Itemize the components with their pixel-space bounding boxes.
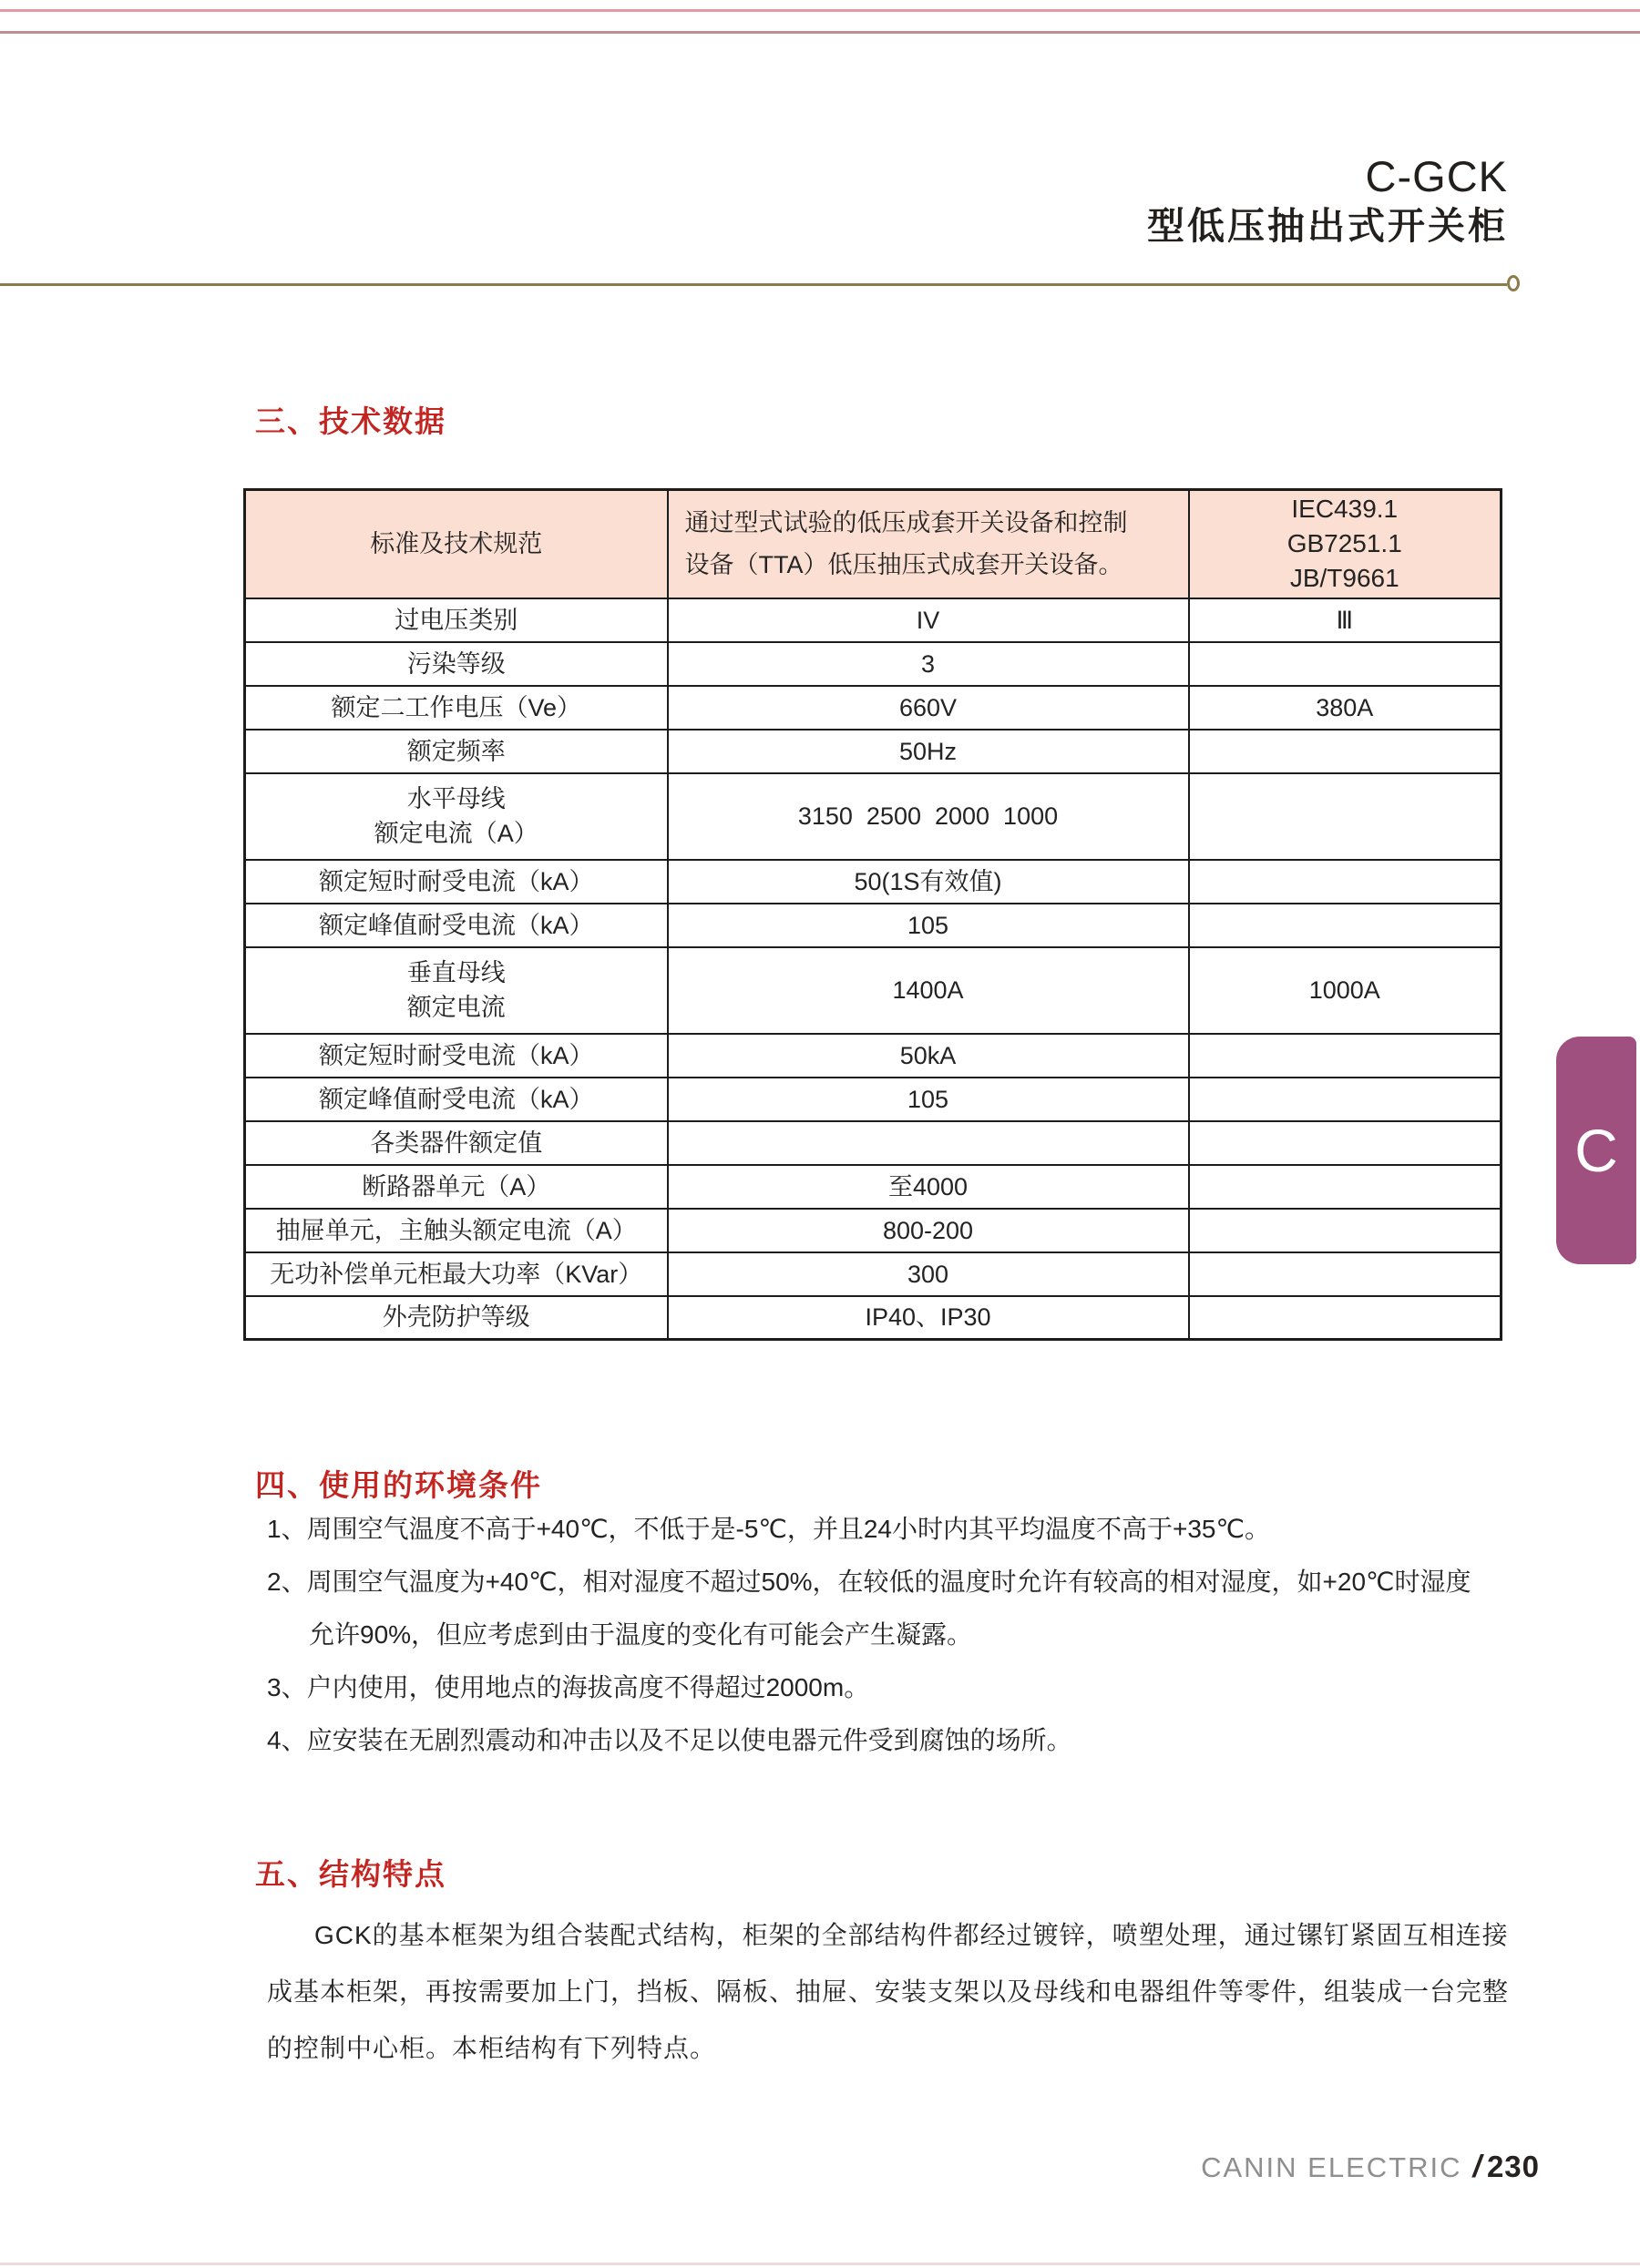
row-label: 额定峰值耐受电流（kA） <box>245 904 668 947</box>
row-value: 3 <box>668 642 1189 686</box>
env-condition-line: 2、周围空气温度为+40℃，相对湿度不超过50%，在较低的温度时允许有较高的相对… <box>267 1565 1543 1599</box>
row-label: 无功补偿单元柜最大功率（KVar） <box>245 1252 668 1296</box>
row-value: 105 <box>668 1078 1189 1121</box>
page-number: 230 <box>1487 2150 1540 2184</box>
row-value <box>1189 1034 1502 1078</box>
product-title: 型低压抽出式开关柜 <box>1147 200 1508 251</box>
table-row: 垂直母线 额定电流1400A1000A <box>245 947 1502 1034</box>
row-value: 50Hz <box>668 730 1189 773</box>
page-header: C-GCK 型低压抽出式开关柜 <box>1147 153 1508 251</box>
footer-separator: / <box>1472 2150 1481 2185</box>
row-value <box>1189 1121 1502 1165</box>
env-condition-line: 3、户内使用，使用地点的海拔高度不得超过2000m。 <box>267 1670 1543 1704</box>
table-row: 额定频率50Hz <box>245 730 1502 773</box>
structure-paragraph-line: 成基本柜架，再按需要加上门，挡板、隔板、抽屉、安装支架以及母线和电器组件等零件，… <box>267 1977 1543 2007</box>
row-value: 105 <box>668 904 1189 947</box>
row-value <box>1189 1209 1502 1252</box>
row-label: 垂直母线 额定电流 <box>245 947 668 1034</box>
row-value <box>1189 1078 1502 1121</box>
table-row: 过电压类别IVⅢ <box>245 598 1502 642</box>
table-header-standard: 标准及技术规范 <box>245 490 668 598</box>
table-row: 抽屉单元，主触头额定电流（A）800-200 <box>245 1209 1502 1252</box>
row-value: 1000A <box>1189 947 1502 1034</box>
chapter-tab-label: C <box>1574 1116 1618 1185</box>
row-label: 外壳防护等级 <box>245 1296 668 1340</box>
table-row: 污染等级3 <box>245 642 1502 686</box>
table-row: 各类器件额定值 <box>245 1121 1502 1165</box>
page-footer: CANIN ELECTRIC / 230 <box>1201 2150 1540 2185</box>
table-row: 外壳防护等级IP40、IP30 <box>245 1296 1502 1340</box>
env-condition-line: 4、应安装在无剧烈震动和冲击以及不足以使电器元件受到腐蚀的场所。 <box>267 1723 1543 1757</box>
header-rule-end-dot <box>1507 275 1520 291</box>
row-label: 过电压类别 <box>245 598 668 642</box>
row-value: 800-200 <box>668 1209 1189 1252</box>
row-label: 断路器单元（A） <box>245 1165 668 1209</box>
structure-paragraph-line: GCK的基本框架为组合装配式结构，柜架的全部结构件都经过镀锌，喷塑处理，通过镙钉… <box>267 1920 1543 1951</box>
table-header-description: 通过型式试验的低压成套开关设备和控制 设备（TTA）低压抽压式成套开关设备。 <box>668 490 1189 598</box>
section-title-structure: 五、结构特点 <box>255 1851 446 1894</box>
row-value: Ⅲ <box>1189 598 1502 642</box>
row-label: 污染等级 <box>245 642 668 686</box>
chapter-tab: C <box>1556 1037 1636 1264</box>
section-title-environment: 四、使用的环境条件 <box>255 1462 542 1505</box>
table-row: 额定二工作电压（Ve）660V380A <box>245 686 1502 730</box>
row-value <box>1189 1252 1502 1296</box>
row-value: IV <box>668 598 1189 642</box>
row-value: 660V <box>668 686 1189 730</box>
env-condition-line: 1、周围空气温度不高于+40℃，不低于是-5℃，并且24小时内其平均温度不高于+… <box>267 1512 1543 1546</box>
top-rule-mauve <box>0 31 1640 34</box>
table-row: 额定短时耐受电流（kA）50(1S有效值) <box>245 860 1502 904</box>
header-rule <box>0 283 1507 286</box>
row-value <box>1189 860 1502 904</box>
row-value <box>668 1121 1189 1165</box>
row-label: 额定频率 <box>245 730 668 773</box>
table-row: 额定峰值耐受电流（kA）105 <box>245 904 1502 947</box>
section-title-tech-data: 三、技术数据 <box>255 398 446 441</box>
table-row: 断路器单元（A）至4000 <box>245 1165 1502 1209</box>
tech-data-table: 标准及技术规范 通过型式试验的低压成套开关设备和控制 设备（TTA）低压抽压式成… <box>243 488 1502 1341</box>
row-value: 3150 2500 2000 1000 <box>668 773 1189 860</box>
row-label: 额定短时耐受电流（kA） <box>245 860 668 904</box>
row-value: IP40、IP30 <box>668 1296 1189 1340</box>
table-header-codes: IEC439.1 GB7251.1 JB/T9661 <box>1189 490 1502 598</box>
env-condition-line: 允许90%，但应考虑到由于温度的变化有可能会产生凝露。 <box>267 1618 1543 1651</box>
row-label: 额定峰值耐受电流（kA） <box>245 1078 668 1121</box>
row-label: 额定二工作电压（Ve） <box>245 686 668 730</box>
row-value: 300 <box>668 1252 1189 1296</box>
row-label: 水平母线 额定电流（A） <box>245 773 668 860</box>
row-value: 380A <box>1189 686 1502 730</box>
catalog-page: C-GCK 型低压抽出式开关柜 三、技术数据 标准及技术规范 通过型式试验的低压… <box>0 0 1640 2268</box>
row-label: 抽屉单元，主触头额定电流（A） <box>245 1209 668 1252</box>
top-rule-pink <box>0 9 1640 12</box>
row-value <box>1189 1296 1502 1340</box>
structure-paragraph: GCK的基本框架为组合装配式结构，柜架的全部结构件都经过镀锌，喷塑处理，通过镙钉… <box>267 1920 1543 2089</box>
row-value: 50(1S有效值) <box>668 860 1189 904</box>
structure-paragraph-line: 的控制中心柜。本柜结构有下列特点。 <box>267 2033 1543 2064</box>
row-value: 1400A <box>668 947 1189 1034</box>
row-value <box>1189 1165 1502 1209</box>
row-value <box>1189 773 1502 860</box>
brand-name: CANIN ELECTRIC <box>1201 2151 1461 2184</box>
row-label: 各类器件额定值 <box>245 1121 668 1165</box>
row-value: 50kA <box>668 1034 1189 1078</box>
table-row: 水平母线 额定电流（A）3150 2500 2000 1000 <box>245 773 1502 860</box>
environment-conditions-list: 1、周围空气温度不高于+40℃，不低于是-5℃，并且24小时内其平均温度不高于+… <box>267 1512 1543 1776</box>
table-row: 额定峰值耐受电流（kA）105 <box>245 1078 1502 1121</box>
table-row: 额定短时耐受电流（kA）50kA <box>245 1034 1502 1078</box>
row-label: 额定短时耐受电流（kA） <box>245 1034 668 1078</box>
row-value <box>1189 904 1502 947</box>
row-value <box>1189 642 1502 686</box>
table-header-row: 标准及技术规范 通过型式试验的低压成套开关设备和控制 设备（TTA）低压抽压式成… <box>245 490 1502 598</box>
row-value: 至4000 <box>668 1165 1189 1209</box>
table-row: 无功补偿单元柜最大功率（KVar）300 <box>245 1252 1502 1296</box>
row-value <box>1189 730 1502 773</box>
product-model: C-GCK <box>1147 153 1508 200</box>
bottom-rule <box>0 2263 1640 2265</box>
